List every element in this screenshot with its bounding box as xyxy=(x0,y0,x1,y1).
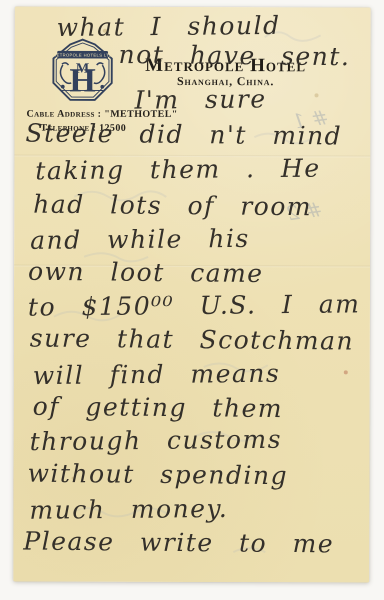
letter-paper: # 1 # 2 METROPOLE HOTELS LTD xyxy=(13,7,371,583)
handwritten-line: sure that Scotchman xyxy=(30,323,354,355)
scanned-letter-background: # 1 # 2 METROPOLE HOTELS LTD xyxy=(0,0,384,600)
handwritten-line: taking them . He xyxy=(35,154,320,186)
handwritten-text: what I should not have sent. I'm sure St… xyxy=(13,7,371,583)
handwritten-line: much money. xyxy=(29,494,228,525)
handwritten-line: I'm sure xyxy=(134,84,266,114)
handwritten-line: Please write to me xyxy=(23,526,334,558)
handwritten-line: Steele did n't mind xyxy=(25,118,342,150)
handwritten-line: own loot came xyxy=(28,257,264,288)
handwritten-line: and while his xyxy=(30,224,250,255)
handwritten-line: to $150⁰⁰ U.S. I am xyxy=(28,289,361,321)
handwritten-line: what I should xyxy=(57,11,281,42)
handwritten-line: not have sent. xyxy=(118,40,350,71)
handwritten-line: without spending xyxy=(27,459,288,490)
handwritten-line: will find means xyxy=(33,359,281,390)
handwritten-line: through customs xyxy=(29,425,282,456)
handwritten-line: of getting them xyxy=(33,392,284,423)
handwritten-line: had lots of room xyxy=(33,190,312,222)
